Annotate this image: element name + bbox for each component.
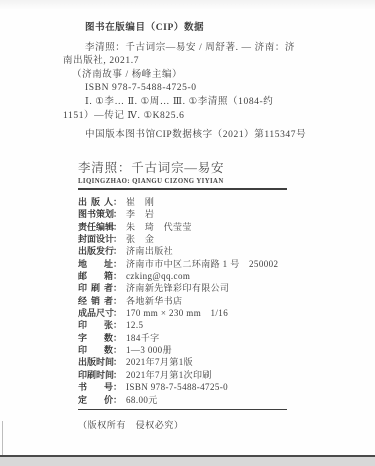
colophon-row-word-count: 字数：184千字	[78, 332, 358, 344]
colophon-colon: ：	[113, 308, 122, 318]
colophon-label: 印数	[78, 344, 113, 356]
colophon-label: 印刷者	[78, 282, 113, 294]
cip-record-line: 李清照：千古词宗—易安 / 周舒著. — 济南：济	[63, 42, 345, 56]
colophon-row-print-run: 印数：1—3 000册	[78, 344, 358, 356]
colophon-colon: ：	[113, 395, 122, 405]
colophon-value: 2021年7月第1次印刷	[122, 370, 212, 380]
colophon-label: 邮箱	[78, 270, 113, 282]
colophon-colon: ：	[113, 271, 122, 281]
title-block: 李清照：千古词宗—易安 LIQINGZHAO: QIANGU CIZONG YI…	[78, 161, 288, 190]
colophon-value: 各地新华书店	[122, 296, 182, 306]
colophon-value: 张 金	[122, 234, 154, 244]
book-title: 李清照：千古词宗—易安	[78, 161, 288, 176]
colophon-colon: ：	[113, 209, 122, 219]
colophon-label: 地址	[78, 258, 113, 270]
colophon-colon: ：	[113, 296, 122, 306]
colophon-label: 责任编辑	[78, 221, 113, 233]
colophon-row-email: 邮箱：czking@qq.com	[78, 270, 358, 282]
colophon-value: 济南新先锋彩印有限公司	[122, 283, 229, 293]
colophon-label: 成品尺寸	[78, 307, 113, 319]
cip-record-line: 南出版社, 2021.7	[63, 55, 345, 69]
colophon-label: 出版发行	[78, 245, 113, 257]
colophon-label: 印张	[78, 319, 113, 331]
copyright-notice: （版权所有 侵权必究）	[78, 418, 287, 431]
colophon-value: 崔 刚	[122, 197, 154, 207]
divider-rule	[78, 188, 287, 190]
colophon-row-publisher-person: 出版人：崔 刚	[78, 196, 358, 208]
colophon-label: 字数	[78, 332, 113, 344]
cip-block: 图书在版编目（CIP）数据 李清照：千古词宗—易安 / 周舒著. — 济南：济 …	[63, 22, 345, 143]
colophon-row-distributor: 经销者：各地新华书店	[78, 295, 358, 307]
cip-classification-line: 1151）—传记 Ⅳ. ①K825.6	[63, 110, 345, 124]
colophon-row-cover-design: 封面设计：张 金	[78, 233, 358, 245]
colophon-label: 出版人	[78, 196, 113, 208]
colophon-list: 出版人：崔 刚 图书策划：李 岩 责任编辑：朱 琦 代莹莹 封面设计：张 金 出…	[78, 196, 358, 406]
colophon-colon: ：	[113, 222, 122, 232]
colophon-colon: ：	[113, 370, 122, 380]
colophon-value: 68.00元	[122, 395, 158, 405]
colophon-label: 封面设计	[78, 233, 113, 245]
colophon-row-price: 定价：68.00元	[78, 394, 358, 406]
cip-header: 图书在版编目（CIP）数据	[63, 22, 345, 36]
colophon-label: 书号	[78, 381, 113, 393]
footer-block: （版权所有 侵权必究）	[78, 406, 287, 431]
colophon-value: 李 岩	[122, 209, 154, 219]
colophon-row-dimensions: 成品尺寸：170 mm × 230 mm 1/16	[78, 307, 358, 319]
colophon-colon: ：	[113, 357, 122, 367]
colophon-colon: ：	[113, 283, 122, 293]
colophon-value: 184千字	[122, 333, 160, 343]
copyright-page: 图书在版编目（CIP）数据 李清照：千古词宗—易安 / 周舒著. — 济南：济 …	[0, 0, 375, 466]
colophon-value: 2021年7月第1版	[122, 357, 193, 367]
colophon-label: 印刷时间	[78, 369, 113, 381]
colophon-colon: ：	[113, 345, 122, 355]
colophon-colon: ：	[113, 259, 122, 269]
cip-record-number: 中国版本图书馆CIP数据核字（2021）第115347号	[63, 129, 345, 143]
cip-classification-line: Ⅰ. ①李… Ⅱ. ①周… Ⅲ. ①李清照（1084-约	[63, 96, 345, 110]
colophon-row-print-date: 印刷时间：2021年7月第1次印刷	[78, 369, 358, 381]
colophon-value: 1—3 000册	[122, 345, 172, 355]
colophon-value: 12.5	[122, 320, 143, 330]
colophon-label: 定价	[78, 394, 113, 406]
colophon-row-sheets: 印张：12.5	[78, 319, 358, 331]
colophon-row-printer: 印刷者：济南新先锋彩印有限公司	[78, 282, 358, 294]
divider-rule	[78, 409, 287, 410]
colophon-row-publisher: 出版发行：济南出版社	[78, 245, 358, 257]
colophon-row-editor: 责任编辑：朱 琦 代莹莹	[78, 221, 358, 233]
colophon-row-book-planning: 图书策划：李 岩	[78, 208, 358, 220]
book-title-pinyin: LIQINGZHAO: QIANGU CIZONG YIYIAN	[78, 178, 288, 185]
colophon-value: 济南出版社	[122, 246, 173, 256]
colophon-value: 朱 琦 代莹莹	[122, 222, 192, 232]
page-bottom-strip	[0, 457, 375, 466]
cip-isbn-line: ISBN 978-7-5488-4725-0	[63, 82, 345, 96]
cip-record-line: （济南故事 / 杨峰主编）	[63, 69, 345, 83]
colophon-row-address: 地址：济南市市中区二环南路 1 号 250002	[78, 258, 358, 270]
colophon-colon: ：	[113, 234, 122, 244]
colophon-label: 图书策划	[78, 208, 113, 220]
colophon-colon: ：	[113, 197, 122, 207]
colophon-row-publish-date: 出版时间：2021年7月第1版	[78, 356, 358, 368]
colophon-label: 经销者	[78, 295, 113, 307]
colophon-colon: ：	[113, 382, 122, 392]
colophon-value: czking@qq.com	[122, 271, 190, 281]
page-left-edge	[2, 421, 3, 455]
colophon-colon: ：	[113, 320, 122, 330]
colophon-value: 济南市市中区二环南路 1 号 250002	[122, 259, 278, 269]
colophon-row-isbn: 书号：ISBN 978-7-5488-4725-0	[78, 381, 358, 393]
colophon-value: ISBN 978-7-5488-4725-0	[122, 382, 228, 392]
colophon-value: 170 mm × 230 mm 1/16	[122, 308, 228, 318]
colophon-colon: ：	[113, 246, 122, 256]
colophon-label: 出版时间	[78, 356, 113, 368]
colophon-colon: ：	[113, 333, 122, 343]
